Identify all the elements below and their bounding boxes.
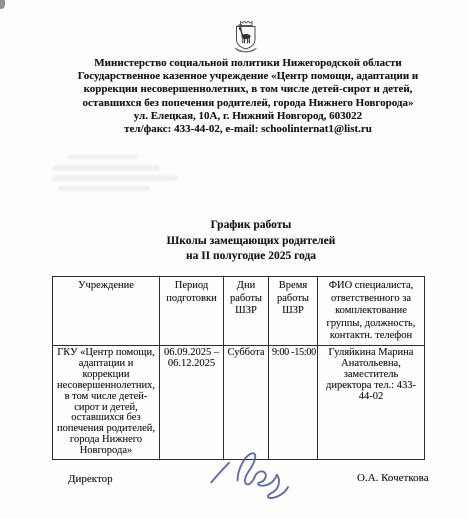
ghost-line [52, 165, 160, 171]
letterhead-contacts-line: тел/факс: 433-44-02, e-mail: schoolinter… [32, 123, 464, 136]
document-title: График работы Школы замещающих родителей… [34, 218, 468, 265]
col-header-preparation-period: Период подготовки [160, 277, 224, 346]
schedule-table: Учреждение Период подготовки Дни работы … [52, 276, 425, 460]
scanned-document-page: Министерство социальной политики Нижегор… [0, 0, 468, 519]
col-header-institution: Учреждение [53, 277, 160, 346]
coat-of-arms-svg [231, 11, 261, 57]
ghost-line [52, 175, 178, 181]
ghost-line [68, 155, 138, 159]
letterhead-line: Министерство социальной политики Нижегор… [32, 57, 464, 70]
cell-specialist: Гуляйкина Марина Анатольевна, заместител… [318, 345, 425, 459]
signature-strokes [211, 453, 288, 498]
title-line: Школы замещающих родителей [34, 234, 468, 250]
signature-ink [205, 444, 300, 502]
letterhead-line: оставшихся без попечения родителей, горо… [32, 97, 464, 110]
letterhead-line: Государственное казенное учреждение «Цен… [32, 70, 464, 83]
letterhead-line: коррекции несовершеннолетних, в том числ… [32, 83, 464, 96]
col-header-work-days: Дни работы ШЗР [224, 277, 269, 346]
table-header-row: Учреждение Период подготовки Дни работы … [53, 277, 425, 346]
crown-shape [241, 21, 253, 25]
scan-artifact-ghost-text [52, 155, 192, 191]
table-row: ГКУ «Центр помощи, адаптации и коррекции… [53, 345, 425, 459]
signatory-role: Директор [68, 473, 113, 485]
ghost-line [58, 186, 150, 191]
col-header-specialist: ФИО специалиста, ответственного за компл… [318, 277, 425, 346]
scan-artifact-corner-speck [0, 0, 5, 9]
coat-of-arms-icon [231, 11, 261, 57]
cell-work-hours: 9:00 -15:00 [269, 345, 318, 459]
col-header-work-hours: Время работы ШЗР [269, 277, 318, 346]
title-line: График работы [34, 218, 468, 234]
signatory-name: О.А. Кочеткова [357, 472, 429, 484]
letterhead-address-line: ул. Елецкая, 10А, г. Нижний Новгород, 60… [32, 110, 464, 123]
cell-work-days: Суббота [224, 345, 269, 459]
letterhead: Министерство социальной политики Нижегор… [32, 57, 464, 136]
cell-preparation-period: 06.09.2025 – 06.12.2025 [160, 345, 224, 459]
cell-institution: ГКУ «Центр помощи, адаптации и коррекции… [53, 345, 160, 459]
title-line: на II полугодие 2025 года [34, 249, 468, 265]
